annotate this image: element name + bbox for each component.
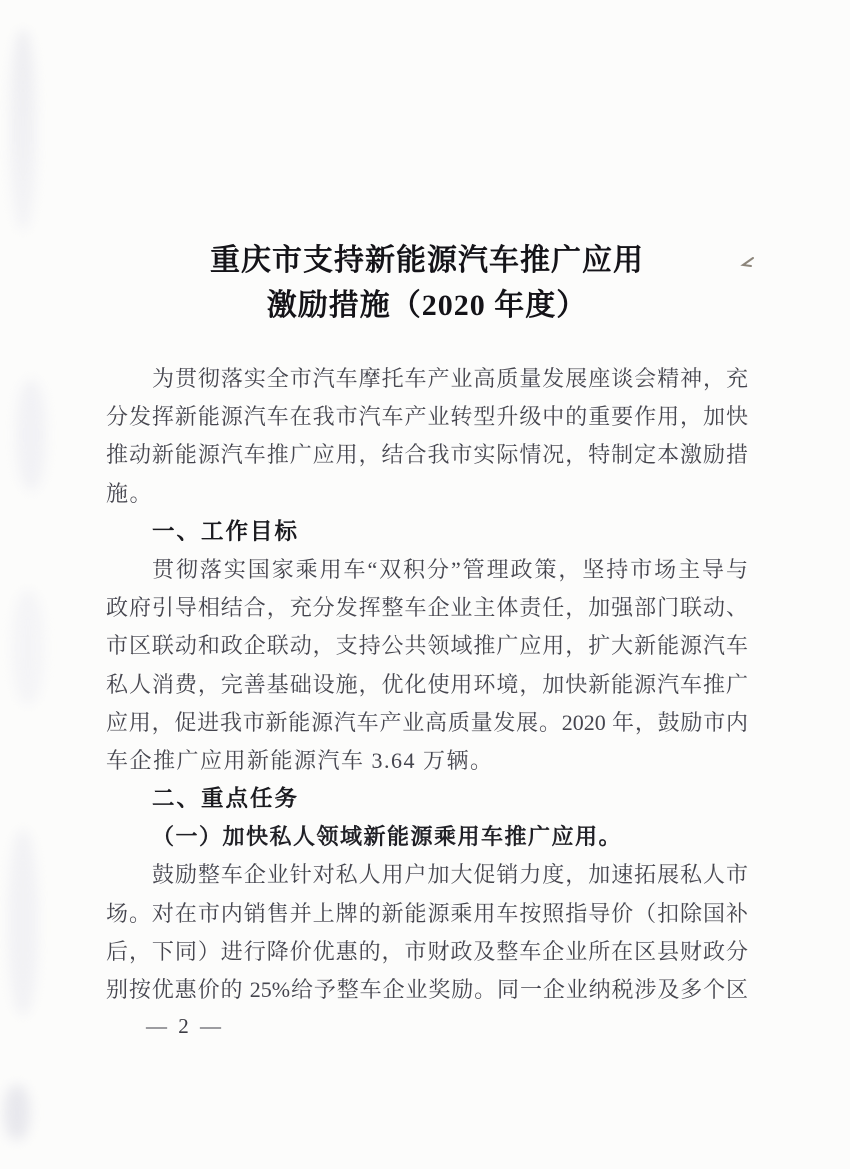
paragraph-line: 施。 bbox=[106, 475, 748, 513]
scan-artifact-smudge bbox=[16, 380, 46, 490]
paragraph-line: 分发挥新能源汽车在我市汽车产业转型升级中的重要作用，加快 bbox=[106, 398, 748, 436]
scan-artifact-smudge bbox=[10, 30, 36, 230]
paragraph-line: 贯彻落实国家乘用车“双积分”管理政策，坚持市场主导与 bbox=[106, 551, 748, 589]
paragraph-line: 场。对在市内销售并上牌的新能源乘用车按照指导价（扣除国补 bbox=[106, 895, 748, 933]
paragraph-line: 车企推广应用新能源汽车 3.64 万辆。 bbox=[106, 742, 748, 780]
scan-artifact-smudge bbox=[4, 1085, 30, 1140]
document-title-line-1: 重庆市支持新能源汽车推广应用 bbox=[106, 238, 748, 283]
paragraph-line: 政府引导相结合，充分发挥整车企业主体责任，加强部门联动、 bbox=[106, 589, 748, 627]
paragraph-line: 后，下同）进行降价优惠的，市财政及整车企业所在区县财政分 bbox=[106, 933, 748, 971]
paragraph-line: 鼓励整车企业针对私人用户加大促销力度，加速拓展私人市 bbox=[106, 856, 748, 894]
section-heading-1: 一、工作目标 bbox=[106, 513, 748, 551]
paragraph-line: 私人消费，完善基础设施，优化使用环境，加快新能源汽车推广 bbox=[106, 666, 748, 704]
pen-mark bbox=[739, 256, 755, 270]
paragraph-line: 应用，促进我市新能源汽车产业高质量发展。2020 年，鼓励市内 bbox=[106, 704, 748, 742]
scan-artifact-smudge bbox=[8, 830, 38, 1015]
document-title-line-2: 激励措施（2020 年度） bbox=[106, 283, 748, 328]
paragraph-line: 市区联动和政企联动，支持公共领域推广应用，扩大新能源汽车 bbox=[106, 627, 748, 665]
section-sub-heading: （一）加快私人领域新能源乘用车推广应用。 bbox=[106, 818, 748, 856]
page-number: — 2 — bbox=[146, 1014, 224, 1039]
paragraph-line: 为贯彻落实全市汽车摩托车产业高质量发展座谈会精神，充 bbox=[106, 360, 748, 398]
paragraph-line: 别按优惠价的 25%给予整车企业奖励。同一企业纳税涉及多个区 bbox=[106, 971, 748, 1009]
document-title: 重庆市支持新能源汽车推广应用 激励措施（2020 年度） bbox=[106, 238, 748, 328]
scanned-page: 重庆市支持新能源汽车推广应用 激励措施（2020 年度） 为贯彻落实全市汽车摩托… bbox=[0, 0, 850, 1169]
document-body: 为贯彻落实全市汽车摩托车产业高质量发展座谈会精神，充 分发挥新能源汽车在我市汽车… bbox=[106, 360, 748, 1009]
scan-artifact-smudge bbox=[12, 590, 44, 705]
section-heading-2: 二、重点任务 bbox=[106, 780, 748, 818]
paragraph-line: 推动新能源汽车推广应用，结合我市实际情况，特制定本激励措 bbox=[106, 436, 748, 474]
